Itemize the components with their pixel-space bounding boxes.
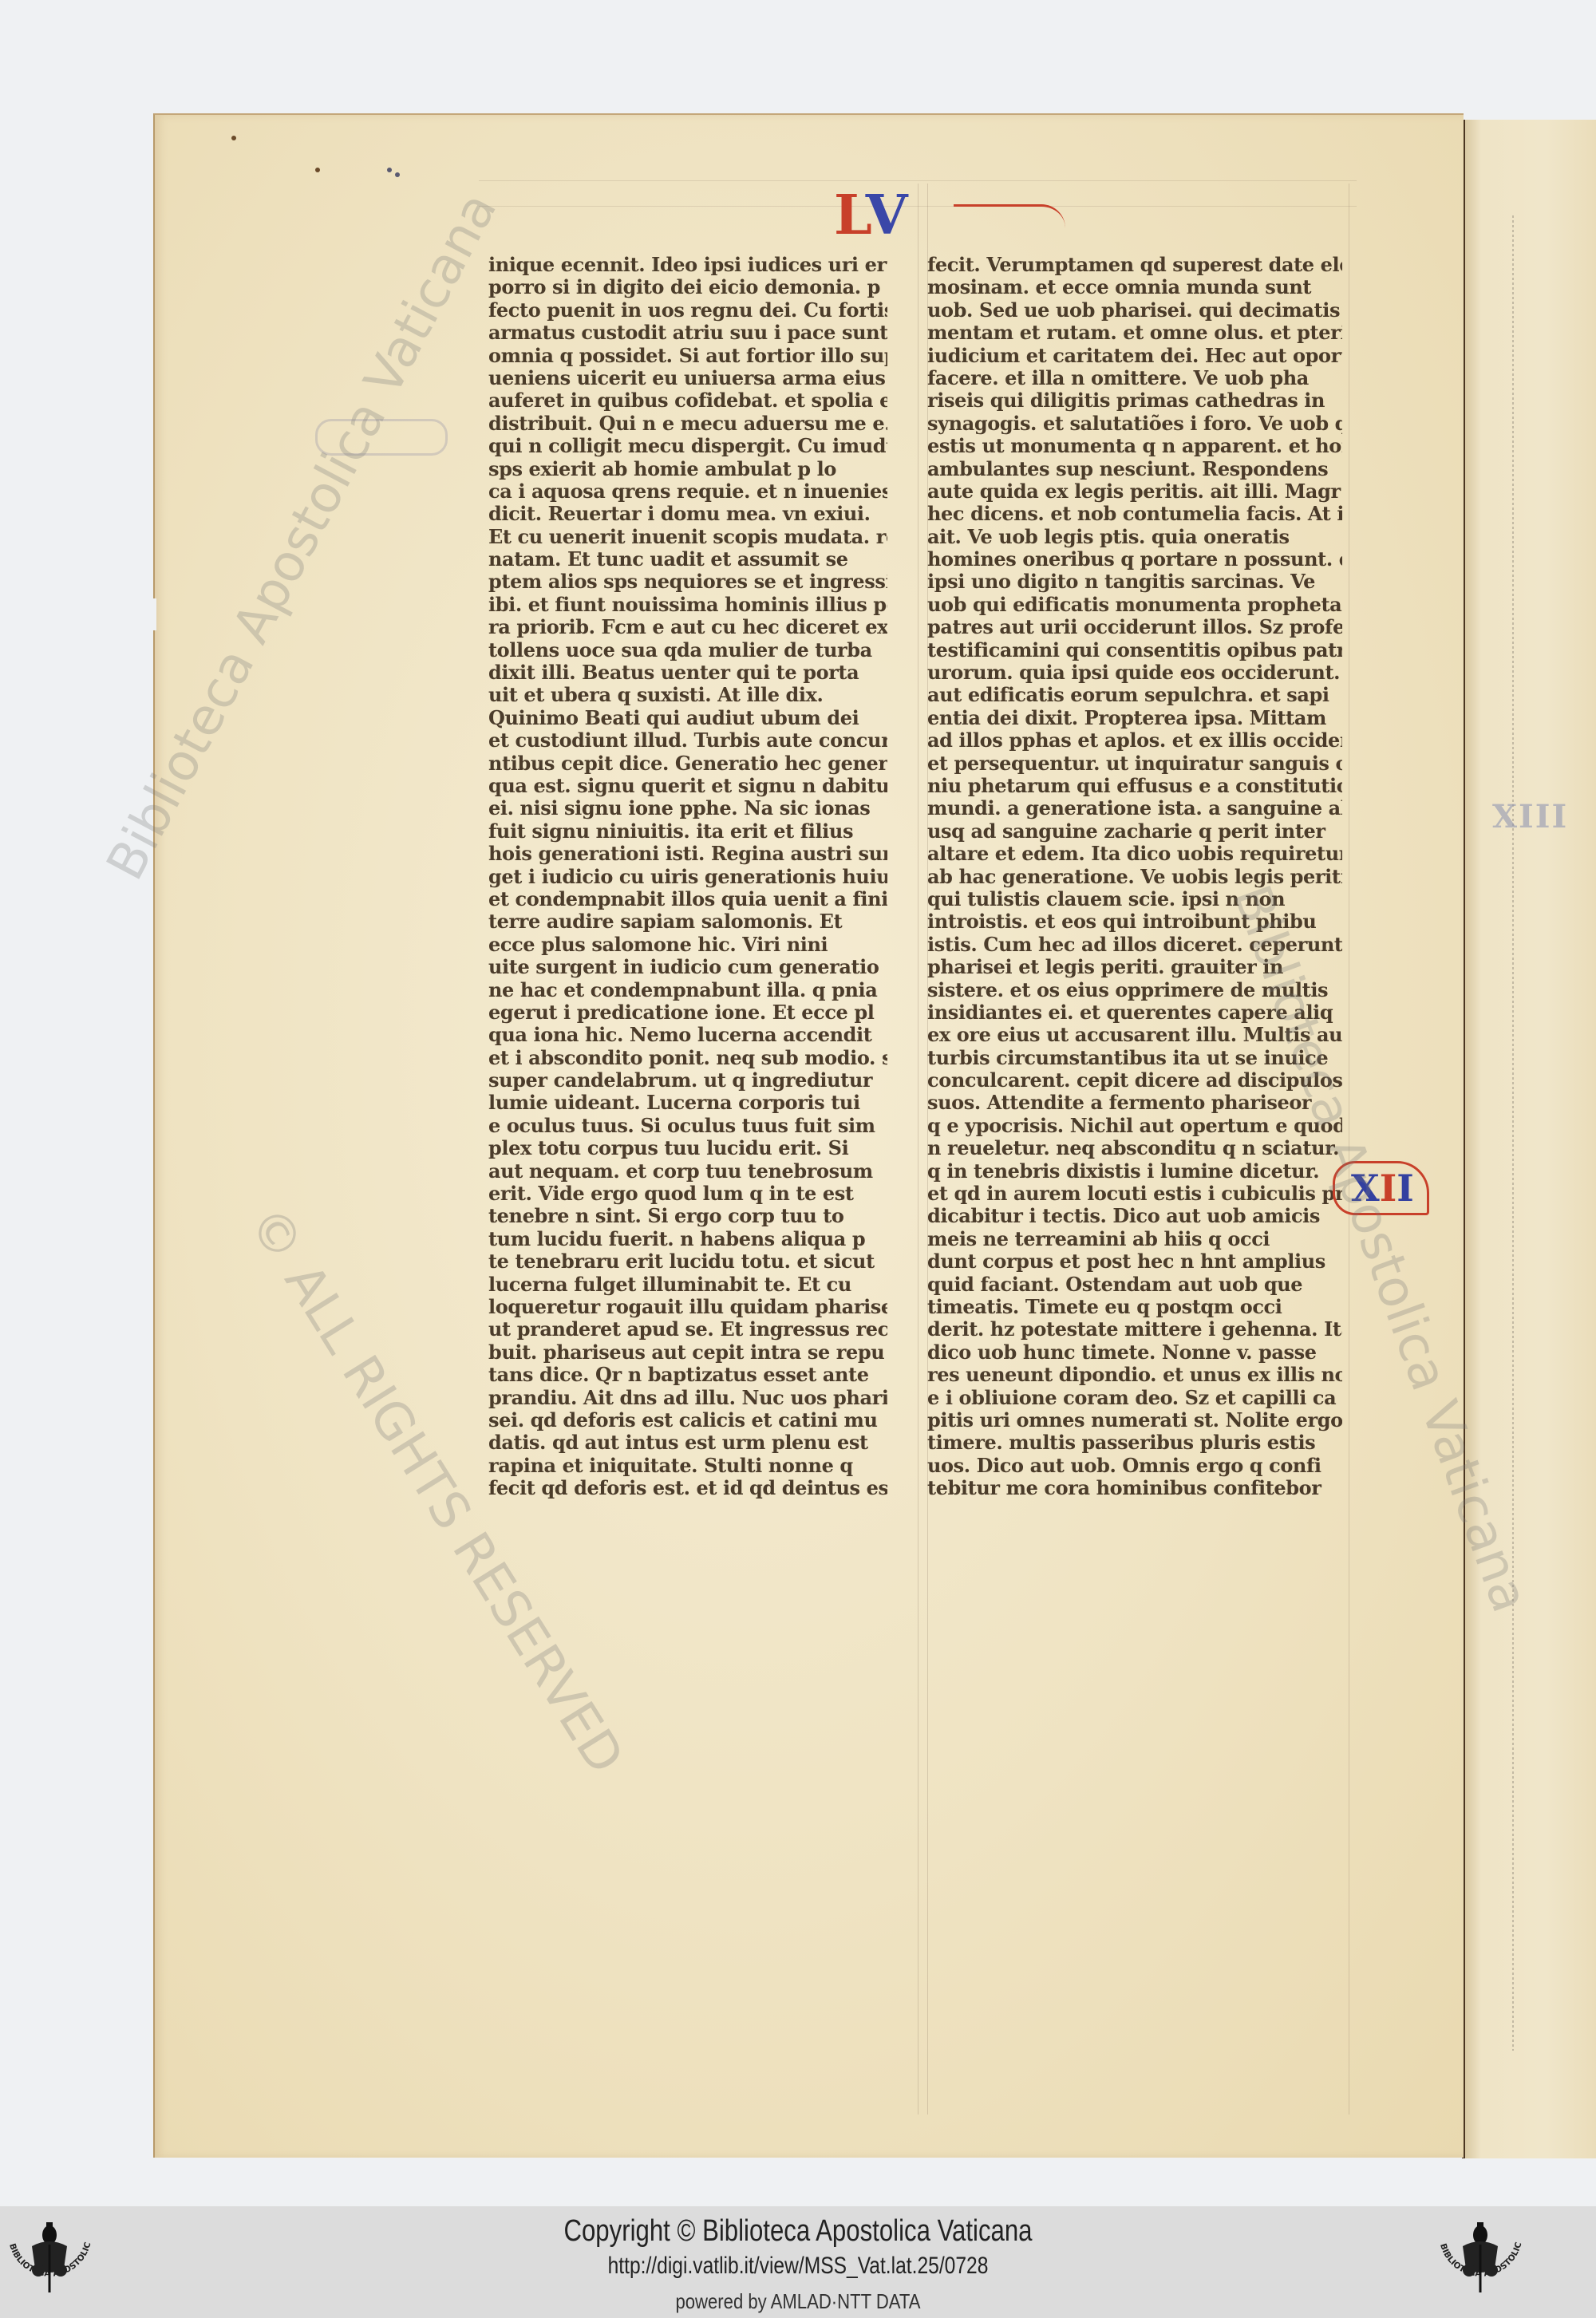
manuscript-line: q in tenebris dixistis i lumine dicetur.: [927, 1160, 1342, 1183]
manuscript-line: Et cu uenerit inuenit scopis mudata. ror: [488, 526, 887, 548]
copyright-text: Copyright © Biblioteca Apostolica Vatica…: [144, 2214, 1452, 2249]
manuscript-line: meis ne terreamini ab hiis q occi: [927, 1228, 1342, 1250]
manuscript-line: lucerna fulget illuminabit te. Et cu: [488, 1274, 887, 1296]
manuscript-line: mosinam. et ecce omnia munda sunt: [927, 276, 1342, 298]
manuscript-line: et i abscondito ponit. neq sub modio. s: [488, 1047, 887, 1069]
manuscript-line: lumie uideant. Lucerna corporis tui: [488, 1092, 887, 1114]
manuscript-line: ecce plus salomone hic. Viri nini: [488, 934, 887, 956]
manuscript-line: Quinimo Beati qui audiut ubum dei: [488, 707, 887, 729]
manuscript-line: estis ut monumenta q n apparent. et hoie…: [927, 435, 1342, 457]
manuscript-line: qua iona hic. Nemo lucerna accendit: [488, 1024, 887, 1046]
manuscript-line: ne hac et condempnabunt illa. q pnia: [488, 979, 887, 1001]
manuscript-line: e oculus tuus. Si oculus tuus fuit sim: [488, 1115, 887, 1137]
manuscript-line: ait. Ve uob legis ptis. quia oneratis: [927, 526, 1342, 548]
manuscript-line: conculcarent. cepit dicere ad discipulos: [927, 1069, 1342, 1092]
manuscript-line: dunt corpus et post hec n hnt amplius: [927, 1250, 1342, 1273]
powered-by-text: powered by AMLAD·NTT DATA: [120, 2289, 1476, 2314]
ink-speck: [395, 172, 400, 177]
manuscript-line: dicabitur i tectis. Dico aut uob amicis: [927, 1205, 1342, 1227]
manuscript-line: tenebre n sint. Si ergo corp tuu to: [488, 1205, 887, 1227]
manuscript-line: plex totu corpus tuu lucidu erit. Si: [488, 1137, 887, 1159]
manuscript-line: iudicium et caritatem dei. Hec aut oport…: [927, 345, 1342, 367]
manuscript-line: mentam et rutam. et omne olus. et pterit…: [927, 322, 1342, 344]
vatican-library-seal-icon: BIBLIOTECA APOSTOLICA VATICANA: [1431, 2213, 1531, 2312]
manuscript-line: homines oneribus q portare n possunt. et: [927, 548, 1342, 571]
manuscript-line: datis. qd aut intus est urm plenu est: [488, 1431, 887, 1454]
facing-page-edge: [1462, 120, 1596, 2158]
manuscript-line: omnia q possidet. Si aut fortior illo su…: [488, 345, 887, 367]
manuscript-line: patres aut urii occiderunt illos. Sz pro…: [927, 616, 1342, 638]
manuscript-line: ptem alios sps nequiores se et ingressi …: [488, 571, 887, 593]
text-column-left: inique ecennit. Ideo ipsi iudices uri er…: [488, 254, 887, 1499]
manuscript-line: te tenebraru erit lucidu totu. et sicut: [488, 1250, 887, 1273]
page-edge-notch: [150, 598, 156, 630]
manuscript-line: testificamini qui consentitis opibus pat…: [927, 639, 1342, 661]
manuscript-line: ntibus cepit dice. Generatio hec generat…: [488, 752, 887, 775]
manuscript-line: uob qui edificatis monumenta prophetarum: [927, 594, 1342, 616]
manuscript-line: ca i aquosa qrens requie. et n inuenies: [488, 480, 887, 503]
chapter-numeral-i: I: [1396, 1167, 1414, 1210]
manuscript-line: qua est. signu querit et signu n dabitur: [488, 775, 887, 797]
manuscript-line: altare et edem. Ita dico uobis requiretu…: [927, 843, 1342, 865]
manuscript-line: armatus custodit atriu suu i pace sunt: [488, 322, 887, 344]
manuscript-line: timeatis. Timete eu q postqm occi: [927, 1296, 1342, 1318]
manuscript-line: facere. et illa n omittere. Ve uob pha: [927, 367, 1342, 389]
manuscript-line: riseis qui diligitis primas cathedras in: [927, 389, 1342, 412]
manuscript-line: et persequentur. ut inquiratur sanguis o…: [927, 752, 1342, 775]
running-header-letter-l: L: [834, 184, 866, 247]
manuscript-line: buit. phariseus aut cepit intra se repu: [488, 1341, 887, 1364]
manuscript-line: fecto puenit in uos regnu dei. Cu fortis: [488, 299, 887, 322]
manuscript-line: et condempnabit illos quia uenit a finib: [488, 888, 887, 910]
manuscript-line: sps exierit ab homie ambulat p lo: [488, 458, 887, 480]
manuscript-line: ambulantes sup nesciunt. Respondens: [927, 458, 1342, 480]
manuscript-line: mundi. a generatione ista. a sanguine ab…: [927, 797, 1342, 819]
manuscript-line: aut edificatis eorum sepulchra. et sapi: [927, 684, 1342, 706]
manuscript-line: tans dice. Qr n baptizatus esset ante: [488, 1364, 887, 1386]
manuscript-line: entia dei dixit. Propterea ipsa. Mittam: [927, 707, 1342, 729]
manuscript-line: et custodiunt illud. Turbis aute concurr…: [488, 729, 887, 752]
manuscript-line: usq ad sanguine zacharie q perit inter: [927, 820, 1342, 843]
manuscript-line: derit. hz potestate mittere i gehenna. I…: [927, 1318, 1342, 1341]
manuscript-line: ad illos pphas et aplos. et ex illis occ…: [927, 729, 1342, 752]
ink-speck: [231, 136, 236, 140]
manuscript-line: fecit qd deforis est. et id qd deintus e…: [488, 1477, 887, 1499]
manuscript-line: ipsi uno digito n tangitis sarcinas. Ve: [927, 571, 1342, 593]
manuscript-line: aute quida ex legis peritis. ait illi. M…: [927, 480, 1342, 503]
manuscript-line: tollens uoce sua qda mulier de turba: [488, 639, 887, 661]
facing-page-offset-mark: XIII: [1492, 798, 1568, 835]
manuscript-line: qui n colligit mecu dispergit. Cu imudus: [488, 435, 887, 457]
manuscript-line: timere. multis passeribus pluris estis: [927, 1431, 1342, 1454]
manuscript-line: get i iudicio cu uiris generationis huiu…: [488, 866, 887, 888]
manuscript-line: uit et ubera q suxisti. At ille dix.: [488, 684, 887, 706]
manuscript-line: suos. Attendite a fermento phariseor: [927, 1092, 1342, 1114]
manuscript-line: uos. Dico aut uob. Omnis ergo q confi: [927, 1455, 1342, 1477]
manuscript-line: res ueneunt dipondio. et unus ex illis n…: [927, 1364, 1342, 1386]
manuscript-line: dico uob hunc timete. Nonne v. passe: [927, 1341, 1342, 1364]
manuscript-line: dixit illi. Beatus uenter qui te porta: [488, 661, 887, 684]
running-header-letter-v: V: [866, 184, 908, 247]
ruling-line: [479, 180, 1357, 181]
manuscript-line: tebitur me cora hominibus confitebor: [927, 1477, 1342, 1499]
manuscript-line: synagogis. et salutatiões i foro. Ve uob…: [927, 413, 1342, 435]
manuscript-line: porro si in digito dei eicio demonia. p: [488, 276, 887, 298]
manuscript-line: uob. Sed ue uob pharisei. qui decimatis: [927, 299, 1342, 322]
manuscript-line: tum lucidu fuerit. n habens aliqua p: [488, 1228, 887, 1250]
manuscript-line: ut pranderet apud se. Et ingressus recu: [488, 1318, 887, 1341]
ink-speck: [315, 168, 320, 172]
manuscript-line: uite surgent in iudicio cum generatio: [488, 956, 887, 978]
manuscript-line: hec dicens. et nob contumelia facis. At …: [927, 503, 1342, 525]
manuscript-line: fecit. Verumptamen qd superest date ele: [927, 254, 1342, 276]
manuscript-line: ueniens uicerit eu uniuersa arma eius: [488, 367, 887, 389]
manuscript-line: urorum. quia ipsi quide eos occiderunt. …: [927, 661, 1342, 684]
manuscript-line: auferet in quibus cofidebat. et spolia e…: [488, 389, 887, 412]
manuscript-line: sei. qd deforis est calicis et catini mu: [488, 1409, 887, 1431]
manuscript-line: inique ecennit. Ideo ipsi iudices uri er…: [488, 254, 887, 276]
manuscript-line: prandiu. Ait dns ad illu. Nuc uos phari: [488, 1387, 887, 1409]
manuscript-line: n reueletur. neq absconditu q n sciatur.…: [927, 1137, 1342, 1159]
manuscript-line: ibi. et fiunt nouissima hominis illius p…: [488, 594, 887, 616]
manuscript-line: distribuit. Qui n e mecu aduersu me e. E…: [488, 413, 887, 435]
manuscript-line: ei. nisi signu ione pphe. Na sic ionas: [488, 797, 887, 819]
manuscript-line: terre audire sapiam salomonis. Et: [488, 910, 887, 933]
manuscript-line: loqueretur rogauit illu quidam phariseus: [488, 1296, 887, 1318]
text-column-right: fecit. Verumptamen qd superest date elem…: [927, 254, 1342, 1499]
manuscript-line: quid faciant. Ostendam aut uob que: [927, 1274, 1342, 1296]
column-ruling: [918, 184, 918, 2115]
manuscript-line: niu phetarum qui effusus e a constitutio…: [927, 775, 1342, 797]
manuscript-line: erit. Vide ergo quod lum q in te est: [488, 1183, 887, 1205]
running-header: LV: [834, 184, 908, 247]
manuscript-line: pitis uri omnes numerati st. Nolite ergo: [927, 1409, 1342, 1431]
facing-page-ruling: [1512, 215, 1514, 2051]
pen-flourish-icon: [954, 204, 1065, 231]
manuscript-line: rapina et iniquitate. Stulti nonne q: [488, 1455, 887, 1477]
manuscript-line: ra priorib. Fcm e aut cu hec diceret ex: [488, 616, 887, 638]
ink-speck: [387, 168, 392, 172]
vatican-library-seal-icon: BIBLIOTECA APOSTOLICA VATICANA: [0, 2213, 100, 2312]
manuscript-line: dicit. Reuertar i domu mea. vn exiui.: [488, 503, 887, 525]
permalink-url[interactable]: http://digi.vatlib.it/view/MSS_Vat.lat.2…: [144, 2253, 1452, 2280]
manuscript-line: e i obliuione coram deo. Sz et capilli c…: [927, 1387, 1342, 1409]
manuscript-line: ab hac generatione. Ve uobis legis perit…: [927, 866, 1342, 888]
manuscript-line: fuit signu niniuitis. ita erit et filius: [488, 820, 887, 843]
manuscript-line: super candelabrum. ut q ingrediutur: [488, 1069, 887, 1092]
manuscript-line: natam. Et tunc uadit et assumit se: [488, 548, 887, 571]
manuscript-line: et qd in aurem locuti estis i cubiculis …: [927, 1183, 1342, 1205]
manuscript-line: egerut i predicatione ione. Et ecce pl: [488, 1001, 887, 1024]
manuscript-line: aut nequam. et corp tuu tenebrosum: [488, 1160, 887, 1183]
manuscript-line: hois generationi isti. Regina austri sur: [488, 843, 887, 865]
copyright-footer: BIBLIOTECA APOSTOLICA VATICANA Copyright…: [0, 2206, 1596, 2318]
manuscript-line: q e ypocrisis. Nichil aut opertum e quod: [927, 1115, 1342, 1137]
